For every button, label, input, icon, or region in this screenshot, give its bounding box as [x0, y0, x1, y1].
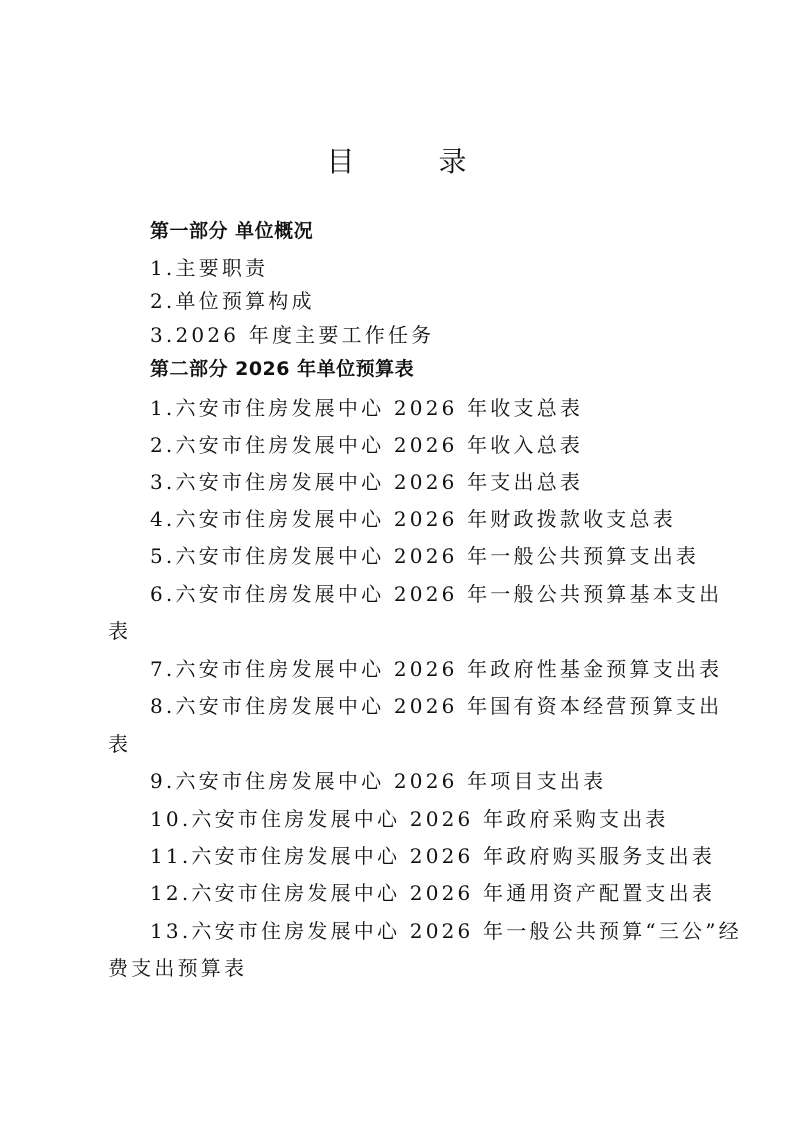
- toc-entry: 7.六安市住房发展中心 2026 年政府性基金预算支出表: [150, 654, 722, 684]
- document-page: 目 录 第一部分 单位概况 1.主要职责 2.单位预算构成 3.2026 年度主…: [0, 0, 793, 1122]
- toc-entry: 13.六安市住房发展中心 2026 年一般公共预算“三公”经: [150, 916, 742, 946]
- toc-entry: 2.单位预算构成: [150, 286, 315, 316]
- toc-entry: 10.六安市住房发展中心 2026 年政府采购支出表: [150, 804, 669, 834]
- toc-title: 目 录: [0, 142, 793, 182]
- toc-entry: 8.六安市住房发展中心 2026 年国有资本经营预算支出: [150, 691, 722, 721]
- toc-entry-continuation: 表: [108, 616, 131, 646]
- toc-entry: 4.六安市住房发展中心 2026 年财政拨款收支总表: [150, 504, 676, 534]
- toc-entry: 6.六安市住房发展中心 2026 年一般公共预算基本支出: [150, 579, 722, 609]
- toc-entry-continuation: 表: [108, 729, 131, 759]
- toc-entry: 3.2026 年度主要工作任务: [150, 320, 434, 350]
- toc-entry: 2.六安市住房发展中心 2026 年收入总表: [150, 430, 583, 460]
- toc-entry: 3.六安市住房发展中心 2026 年支出总表: [150, 467, 583, 497]
- toc-entry-continuation: 费支出预算表: [108, 953, 247, 983]
- section-heading-part-2: 第二部分 2026 年单位预算表: [150, 354, 414, 384]
- toc-entry: 1.主要职责: [150, 253, 268, 283]
- toc-entry: 12.六安市住房发展中心 2026 年通用资产配置支出表: [150, 878, 715, 908]
- toc-entry: 9.六安市住房发展中心 2026 年项目支出表: [150, 766, 606, 796]
- toc-entry: 11.六安市住房发展中心 2026 年政府购买服务支出表: [150, 841, 715, 871]
- toc-entry: 1.六安市住房发展中心 2026 年收支总表: [150, 393, 583, 423]
- section-heading-part-1: 第一部分 单位概况: [150, 216, 313, 246]
- toc-entry: 5.六安市住房发展中心 2026 年一般公共预算支出表: [150, 541, 699, 571]
